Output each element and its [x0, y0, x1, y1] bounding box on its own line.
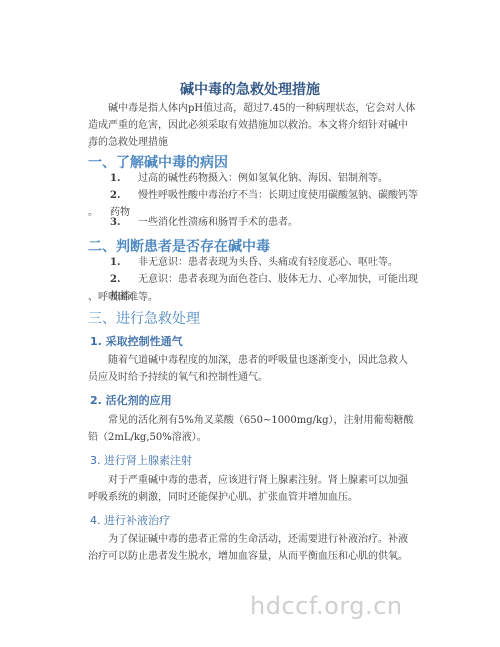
intro-paragraph: 碱中毒是指人体内pH值过高，超过7.45的一种病理状态，它会对人体造成严重的危害… [88, 100, 416, 151]
list-number: 1. [110, 170, 138, 187]
list-text: 一些消化性溃疡和肠胃手术的患者。 [138, 217, 298, 228]
list-number: 3. [110, 214, 138, 231]
subsection-heading: 4. 进行补液治疗 [90, 512, 170, 528]
list-continuation: 、呼吸困难等。 [88, 288, 158, 303]
section-1-heading: 一、了解碱中毒的病因 [88, 152, 228, 172]
watermark: hdccf.org.cn [250, 592, 403, 620]
subsection-paragraph: 随着气道碱中毒程度的加深，患者的呼吸量也逐渐变小，因此急救人员应及时给予持续的氧… [88, 352, 416, 386]
section-3-heading: 三、进行急救处理 [88, 308, 200, 328]
list-continuation: 。 [88, 203, 98, 218]
page-title: 碱中毒的急救处理措施 [0, 79, 500, 99]
list-number: 1. [110, 254, 138, 271]
intro-tail: 。 [88, 135, 98, 150]
list-text: 非无意识：患者表现为头昏、头痛或有轻度恶心、呕吐等。 [138, 257, 398, 268]
list-item: 1.过高的碱性药物摄入：例如氢氧化钠、海因、铝制剂等。 [110, 170, 420, 187]
list-item: 3.一些消化性溃疡和肠胃手术的患者。 [110, 214, 420, 231]
subsection-heading: 3. 进行肾上腺素注射 [90, 452, 192, 468]
subsection-paragraph: 为了保证碱中毒的患者正常的生命活动，还需要进行补液治疗。补液治疗可以防止患者发生… [88, 531, 416, 565]
subsection-heading: 2. 活化剂的应用 [90, 392, 172, 408]
subsection-paragraph: 对于严重碱中毒的患者，应该进行肾上腺素注射。肾上腺素可以加强呼吸系统的刺激，同时… [88, 472, 416, 506]
list-text: 过高的碱性药物摄入：例如氢氧化钠、海因、铝制剂等。 [138, 173, 388, 184]
section-2-heading: 二、判断患者是否存在碱中毒 [88, 236, 270, 256]
subsection-heading: 1. 采取控制性通气 [90, 333, 183, 349]
list-item: 1.非无意识：患者表现为头昏、头痛或有轻度恶心、呕吐等。 [110, 254, 420, 271]
subsection-paragraph: 常见的活化剂有5%角叉菜酸（650~1000mg/kg），注射用葡萄糖酸铅（2m… [88, 412, 416, 446]
list-number: 2. [110, 271, 138, 288]
list-number: 2. [110, 187, 138, 204]
document-page: 碱中毒的急救处理措施 碱中毒是指人体内pH值过高，超过7.45的一种病理状态，它… [0, 0, 500, 647]
